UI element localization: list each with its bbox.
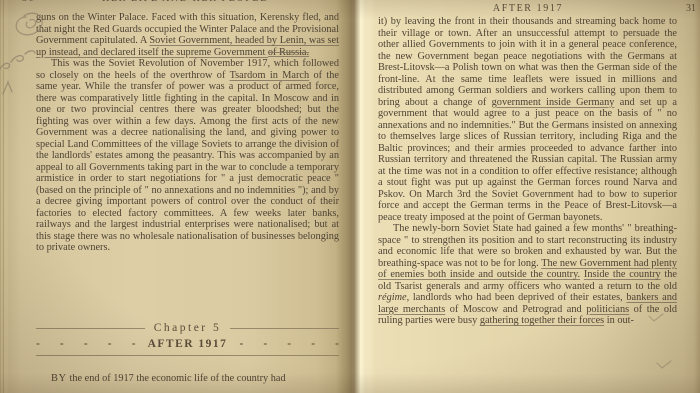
chapter-rule-left [36,328,145,329]
text-segment: and set up a government that would agree… [378,97,677,223]
dash: - [335,338,339,350]
text-segment: the end of 1917 the economic life of the… [67,373,286,384]
dash-group-right: ----- [239,338,339,350]
chapter-label: Chapter 5 [154,322,222,334]
text-segment: Tsardom in March [230,70,310,81]
chapter-bottom-rule [36,355,339,356]
left-page-closing-text: BY the end of 1917 the economic life of … [36,373,339,385]
dash: - [60,338,64,350]
left-page-text: guns on the Winter Palace. Faced with th… [36,12,339,254]
dash: - [132,338,136,350]
text-segment: politicians [586,304,629,315]
dash: - [263,338,267,350]
left-running-header: 30 HER LIFE AND HER PEOPLE [30,0,340,4]
text-segment: it) by leaving the front in their thousa… [378,16,677,108]
text-segment: of Russia. [268,47,309,58]
dash: - [287,338,291,350]
right-running-header-title: AFTER 1917 [493,3,563,14]
right-running-header: AFTER 1917 31 [378,3,678,14]
dash: - [108,338,112,350]
text-segment: of the same year. While the transfer of … [36,70,339,254]
dash: - [239,338,243,350]
text-segment: , landlords who had been deprived of the… [407,292,627,303]
text-segment: of Moscow and Petrograd and [445,304,586,315]
chapter-rule-right [230,328,339,329]
text-segment: Inside the country [584,269,661,280]
chapter-label-row: Chapter 5 [36,322,339,334]
text-segment: in out- [604,315,634,326]
left-page-number: 30 [22,0,35,4]
dash: - [84,338,88,350]
chapter-title-row: ----- AFTER 1917 ----- [36,338,339,350]
chapter-heading: Chapter 5 ----- AFTER 1917 ----- [36,322,339,356]
dash-group-left: ----- [36,338,136,350]
text-segment: BY [51,373,67,384]
dash: - [36,338,40,350]
left-running-header-title: HER LIFE AND HER PEOPLE [102,0,268,4]
text-segment: régime [378,292,407,303]
right-page: AFTER 1917 31 it) by leaving the front i… [352,0,700,393]
text-segment: gathering together their forces [480,315,604,326]
dash: - [311,338,315,350]
book-photo: 30 HER LIFE AND HER PEOPLE guns on the W… [0,0,700,393]
page-edges-right [694,0,700,393]
left-page: 30 HER LIFE AND HER PEOPLE guns on the W… [0,0,352,393]
page-edges-left [0,0,8,393]
chapter-title: AFTER 1917 [148,338,228,350]
right-page-text: it) by leaving the front in their thousa… [378,16,677,327]
text-segment: government inside Germany [492,97,615,108]
